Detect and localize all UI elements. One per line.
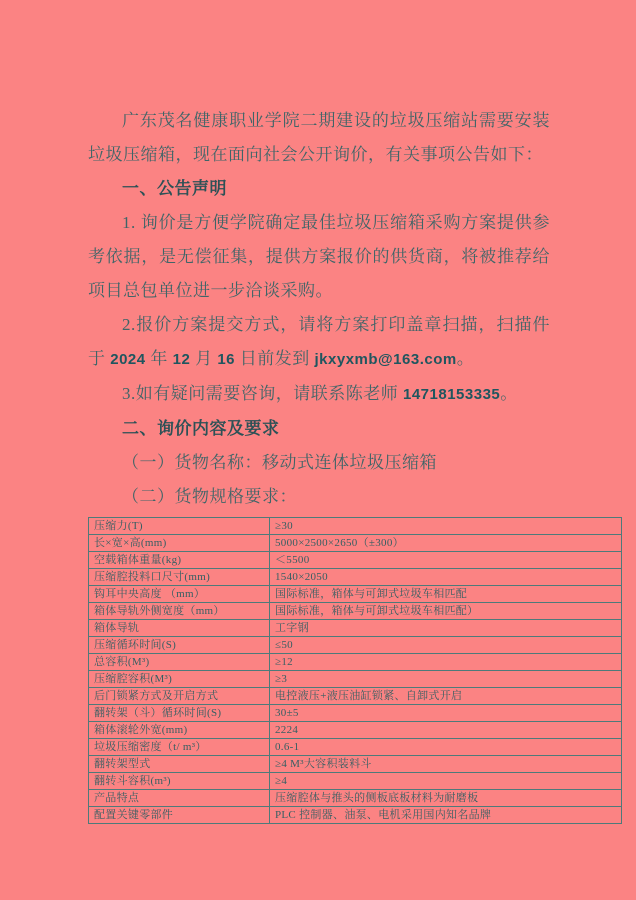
heading-inquiry-content: 二、询价内容及要求 [88, 412, 550, 446]
p4-text: 。 [500, 384, 518, 403]
document-text-block: 广东茂名健康职业学院二期建设的垃圾压缩站需要安装垃圾压缩箱，现在面向社会公开询价… [88, 104, 550, 514]
heading-announcement: 一、公告声明 [88, 172, 550, 206]
paragraph-submission: 2.报价方案提交方式，请将方案打印盖章扫描，扫描件于 2024 年 12 月 1… [88, 308, 550, 377]
spec-row: 压缩循环时间(S)≤50 [89, 637, 622, 654]
p3-text: 年 [146, 349, 173, 368]
spec-value: ＜5500 [270, 552, 622, 569]
spec-value: 电控液压+液压油缸锁紧、自卸式开启 [270, 688, 622, 705]
spec-label: 翻转斗容积(m³) [89, 773, 270, 790]
spec-value: 30±5 [270, 705, 622, 722]
spec-label: 压缩力(T) [89, 518, 270, 535]
spec-row: 翻转架（斗）循环时间(S)30±5 [89, 705, 622, 722]
spec-value: 工字钢 [270, 620, 622, 637]
spec-label: 压缩腔投料口尺寸(mm) [89, 569, 270, 586]
spec-row: 箱体滚轮外宽(mm)2224 [89, 722, 622, 739]
spec-value: 1540×2050 [270, 569, 622, 586]
spec-row: 长×宽×高(mm)5000×2500×2650（±300） [89, 535, 622, 552]
spec-row: 总容积(M³)≥12 [89, 654, 622, 671]
paragraph-inquiry-purpose: 1. 询价是方便学院确定最佳垃圾压缩箱采购方案提供参考依据，是无偿征集，提供方案… [88, 206, 550, 308]
spec-row: 压缩力(T)≥30 [89, 518, 622, 535]
spec-value: ≥3 [270, 671, 622, 688]
spec-value: ≥4 [270, 773, 622, 790]
spec-table-body: 压缩力(T)≥30长×宽×高(mm)5000×2500×2650（±300）空载… [89, 518, 622, 824]
spec-value: ≥30 [270, 518, 622, 535]
paragraph-goods-spec: （二）货物规格要求： [88, 480, 550, 514]
spec-value: 0.6-1 [270, 739, 622, 756]
spec-label: 配置关键零部件 [89, 807, 270, 824]
spec-row: 配置关键零部件PLC 控制器、油泵、电机采用国内知名品牌 [89, 807, 622, 824]
spec-value: PLC 控制器、油泵、电机采用国内知名品牌 [270, 807, 622, 824]
spec-label: 翻转架（斗）循环时间(S) [89, 705, 270, 722]
spec-label: 长×宽×高(mm) [89, 535, 270, 552]
spec-label: 空载箱体重量(kg) [89, 552, 270, 569]
p3-email: jkxyxmb@163.com [315, 351, 457, 368]
spec-label: 压缩循环时间(S) [89, 637, 270, 654]
spec-label: 总容积(M³) [89, 654, 270, 671]
spec-label: 压缩腔容积(M³) [89, 671, 270, 688]
spec-row: 压缩腔投料口尺寸(mm)1540×2050 [89, 569, 622, 586]
p3-text: 。 [457, 349, 475, 368]
spec-row: 翻转斗容积(m³)≥4 [89, 773, 622, 790]
spec-label: 钩耳中央高度 （mm） [89, 586, 270, 603]
spec-table: 压缩力(T)≥30长×宽×高(mm)5000×2500×2650（±300）空载… [88, 517, 622, 824]
spec-value: ≥4 M³大容积装料斗 [270, 756, 622, 773]
spec-value: 5000×2500×2650（±300） [270, 535, 622, 552]
spec-row: 后门锁紧方式及开启方式电控液压+液压油缸锁紧、自卸式开启 [89, 688, 622, 705]
spec-label: 箱体导轨 [89, 620, 270, 637]
spec-label: 翻转架型式 [89, 756, 270, 773]
spec-row: 产品特点压缩腔体与推头的侧板底板材料为耐磨板 [89, 790, 622, 807]
spec-row: 压缩腔容积(M³)≥3 [89, 671, 622, 688]
p3-text: 月 [190, 349, 217, 368]
spec-value: ≥12 [270, 654, 622, 671]
spec-row: 垃圾压缩密度（t/ m³）0.6-1 [89, 739, 622, 756]
spec-label: 箱体滚轮外宽(mm) [89, 722, 270, 739]
spec-label: 箱体导轨外侧宽度（mm） [89, 603, 270, 620]
p3-text: 日前发到 [235, 349, 315, 368]
spec-value: ≤50 [270, 637, 622, 654]
spec-value: 压缩腔体与推头的侧板底板材料为耐磨板 [270, 790, 622, 807]
p3-year: 2024 [110, 351, 145, 368]
p4-phone: 14718153335 [403, 386, 500, 403]
paragraph-intro: 广东茂名健康职业学院二期建设的垃圾压缩站需要安装垃圾压缩箱，现在面向社会公开询价… [88, 104, 550, 172]
spec-row: 空载箱体重量(kg)＜5500 [89, 552, 622, 569]
document-body: 广东茂名健康职业学院二期建设的垃圾压缩站需要安装垃圾压缩箱，现在面向社会公开询价… [88, 104, 617, 824]
spec-label: 产品特点 [89, 790, 270, 807]
paragraph-goods-name: （一）货物名称：移动式连体垃圾压缩箱 [88, 446, 550, 480]
spec-row: 箱体导轨工字钢 [89, 620, 622, 637]
p4-text: 3.如有疑问需要咨询，请联系陈老师 [122, 384, 403, 403]
p3-day: 16 [217, 351, 235, 368]
spec-value: 国际标准，箱体与可卸式垃圾车相匹配 [270, 586, 622, 603]
spec-row: 翻转架型式≥4 M³大容积装料斗 [89, 756, 622, 773]
page-background: { "colors": { "page_background": "#fb838… [0, 0, 636, 900]
spec-row: 钩耳中央高度 （mm）国际标准，箱体与可卸式垃圾车相匹配 [89, 586, 622, 603]
spec-value: 国际标准，箱体与可卸式垃圾车相匹配） [270, 603, 622, 620]
spec-row: 箱体导轨外侧宽度（mm）国际标准，箱体与可卸式垃圾车相匹配） [89, 603, 622, 620]
paragraph-contact: 3.如有疑问需要咨询，请联系陈老师 14718153335。 [88, 377, 550, 412]
spec-label: 垃圾压缩密度（t/ m³） [89, 739, 270, 756]
p3-month: 12 [173, 351, 191, 368]
spec-value: 2224 [270, 722, 622, 739]
spec-label: 后门锁紧方式及开启方式 [89, 688, 270, 705]
